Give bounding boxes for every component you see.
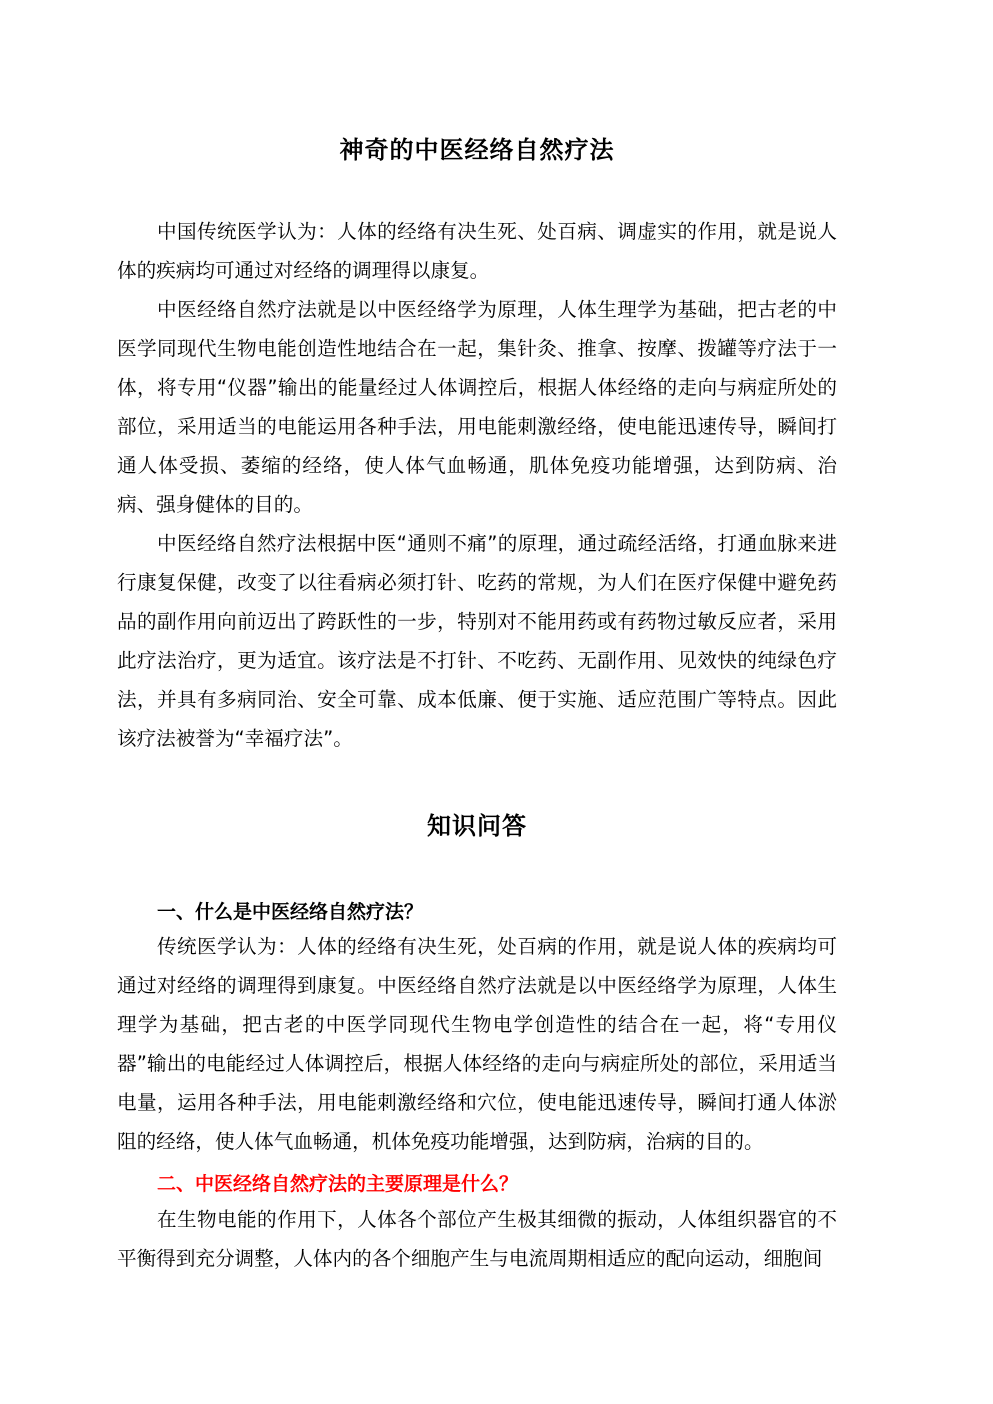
answer-2: 在生物电能的作用下，人体各个部位产生极其细微的振动，人体组织器官的不平衡得到充分… bbox=[117, 1200, 837, 1278]
section-title: 知识问答 bbox=[117, 806, 837, 841]
intro-paragraph-3: 中医经络自然疗法根据中医“通则不痛”的原理，通过疏经活络，打通血脉来进行康复保健… bbox=[117, 524, 837, 758]
document-title: 神奇的中医经络自然疗法 bbox=[117, 130, 837, 165]
question-2: 二、中医经络自然疗法的主要原理是什么？ bbox=[157, 1169, 518, 1196]
question-1: 一、什么是中医经络自然疗法？ bbox=[157, 897, 423, 924]
intro-paragraph-1: 中国传统医学认为：人体的经络有决生死、处百病、调虚实的作用，就是说人体的疾病均可… bbox=[117, 212, 837, 290]
intro-paragraph-2: 中医经络自然疗法就是以中医经络学为原理，人体生理学为基础，把古老的中医学同现代生… bbox=[117, 290, 837, 524]
answer-1: 传统医学认为：人体的经络有决生死，处百病的作用，就是说人体的疾病均可通过对经络的… bbox=[117, 927, 837, 1161]
